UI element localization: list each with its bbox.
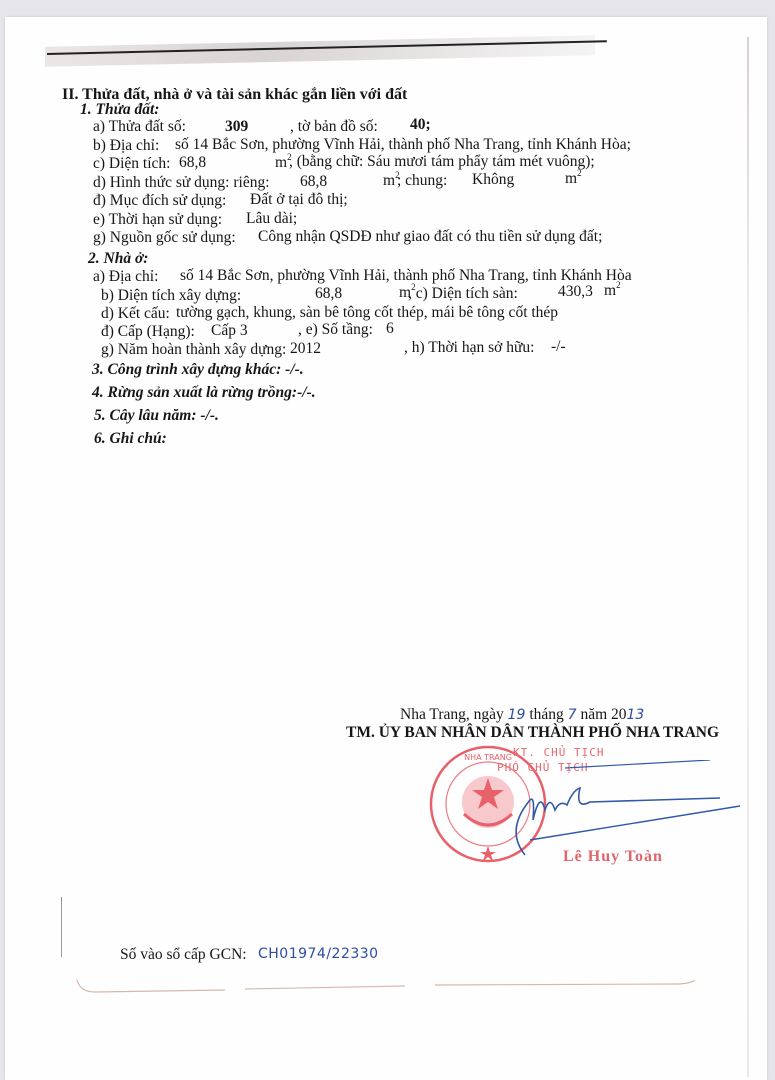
notes-heading: 6. Ghi chú:: [94, 430, 167, 448]
perennial-trees: 5. Cây lâu năm: -/-.: [94, 407, 219, 425]
land-purpose-label: đ) Mục đích sử dụng:: [93, 192, 226, 210]
house-floor-area-unit: m2: [604, 282, 621, 300]
date-line: Nha Trang, ngày 19 tháng 7 năm 2013: [400, 706, 644, 724]
land-usage-shared-unit: m2: [565, 170, 582, 188]
house-grade-value: Cấp 3: [211, 322, 248, 340]
paper-right-edge: [747, 37, 749, 1077]
land-term-value: Lâu dài;: [246, 210, 297, 228]
house-address-label: a) Địa chỉ:: [93, 268, 158, 286]
land-term-label: e) Thời hạn sử dụng:: [93, 211, 222, 229]
land-address-value: số 14 Bắc Sơn, phường Vĩnh Hải, thành ph…: [175, 136, 631, 154]
page-border-decoration: [75, 980, 705, 994]
land-address-label: b) Địa chỉ:: [93, 137, 159, 155]
date-day: 19: [508, 707, 526, 723]
land-parcel-label: a) Thửa đất số:: [93, 118, 186, 136]
house-floors-label: , e) Số tầng:: [298, 321, 373, 339]
land-usage-private-value: 68,8: [300, 173, 327, 191]
production-forest: 4. Rừng sản xuất là rừng trồng:-/-.: [92, 384, 316, 402]
house-build-area-label: b) Diện tích xây dựng:: [101, 287, 241, 305]
house-structure-label: d) Kết cấu:: [101, 305, 170, 323]
land-origin-value: Công nhận QSDĐ như giao đất có thu tiền …: [258, 228, 602, 246]
issuing-authority: TM. ỦY BAN NHÂN DÂN THÀNH PHỐ NHA TRANG: [346, 724, 719, 742]
house-grade-label: đ) Cấp (Hạng):: [101, 323, 195, 341]
land-area-label: c) Diện tích:: [93, 155, 170, 173]
date-month: 7: [568, 707, 577, 723]
land-heading: 1. Thửa đất:: [80, 101, 159, 119]
land-usage-shared-label: ; chung:: [397, 172, 447, 190]
land-origin-label: g) Nguồn gốc sử dụng:: [93, 229, 236, 247]
house-heading: 2. Nhà ở:: [88, 250, 148, 268]
house-floor-area-value: 430,3: [558, 283, 593, 301]
date-year-suffix: 13: [627, 707, 645, 723]
land-parcel-number: 309: [225, 118, 248, 136]
house-ownership-term-value: -/-: [551, 338, 566, 356]
house-structure-value: tường gạch, khung, sàn bê tông cốt thép,…: [176, 304, 558, 322]
gcn-registry-number: CH01974/22330: [258, 945, 379, 963]
house-floor-area-label: , c) Diện tích sàn:: [408, 285, 518, 303]
land-map-number: 40;: [410, 116, 431, 134]
house-floors-value: 6: [386, 320, 394, 338]
house-completion-label: g) Năm hoàn thành xây dựng:: [101, 341, 286, 359]
land-usage-form-label: d) Hình thức sử dụng: riêng:: [93, 174, 270, 192]
house-completion-value: 2012: [290, 340, 321, 358]
gcn-registry-label: Số vào sổ cấp GCN:: [120, 946, 247, 964]
land-area-value: 68,8: [179, 154, 206, 172]
paper-left-mark: [61, 897, 62, 957]
land-purpose-value: Đất ở tại đô thị;: [250, 191, 348, 209]
other-constructions: 3. Công trình xây dựng khác: -/-.: [92, 361, 304, 379]
land-usage-shared-value: Không: [472, 171, 514, 189]
house-ownership-term-label: , h) Thời hạn sở hữu:: [404, 339, 534, 357]
house-build-area-value: 68,8: [315, 285, 342, 303]
signer-name: Lê Huy Toàn: [563, 848, 663, 866]
land-area-words: , (bằng chữ: Sáu mươi tám phẩy tám mét v…: [289, 153, 595, 171]
land-map-label: , tờ bản đồ số:: [290, 118, 378, 136]
